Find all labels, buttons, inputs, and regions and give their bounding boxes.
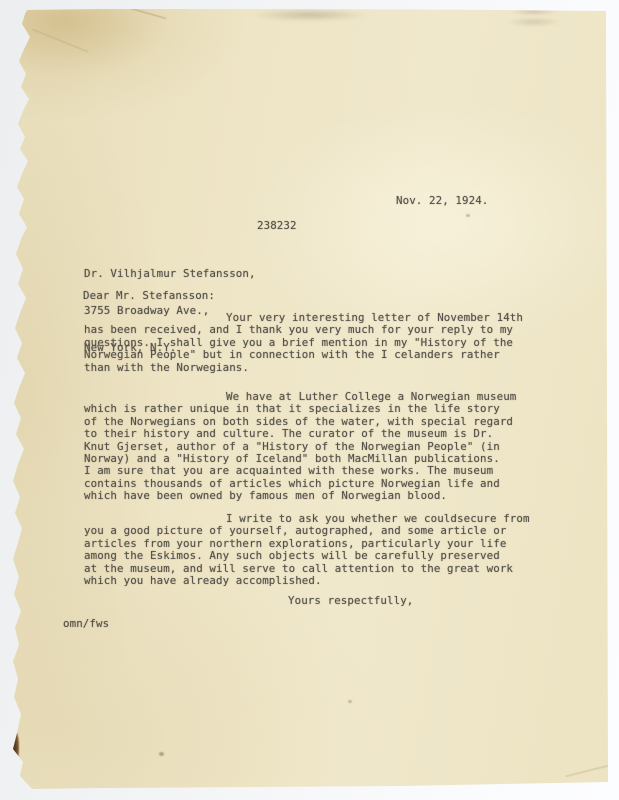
letter-date: Nov. 22, 1924.: [396, 195, 488, 207]
typist-initials: omn/fws: [63, 618, 109, 630]
body-paragraph-2: We have at Luther College a Norwegian mu…: [84, 391, 524, 503]
body-line: than with the Norwegians.: [84, 362, 524, 374]
body-line: to their history and culture. The curato…: [84, 428, 524, 440]
recipient-name: Dr. Vilhjalmur Stefansson,: [84, 268, 256, 280]
body-line: I am sure that you are acquainted with t…: [84, 465, 524, 477]
paper-spot: [348, 700, 352, 703]
paper-spot: [466, 214, 470, 217]
body-paragraph-1: Your very interesting letter of November…: [84, 312, 524, 374]
body-line: has been received, and I thank you very …: [84, 324, 524, 336]
scan-background: Nov. 22, 1924. 238232 Dr. Vilhjalmur Ste…: [0, 0, 619, 800]
paper-ghost-print: [255, 9, 365, 21]
body-line: you a good picture of yourself, autograp…: [84, 525, 524, 537]
paper-stain: [2, 755, 12, 771]
paper-spot: [159, 752, 164, 756]
paper-corner-stain: [18, 6, 168, 76]
paper-stain: [4, 729, 19, 771]
body-line: which is rather unique in that it specia…: [84, 403, 524, 415]
closing: Yours respectfully,: [288, 595, 413, 607]
salutation: Dear Mr. Stefansson:: [83, 290, 215, 302]
paper-crease: [566, 764, 613, 777]
letter-paper: Nov. 22, 1924. 238232 Dr. Vilhjalmur Ste…: [0, 0, 619, 800]
file-number: 238232: [257, 220, 297, 232]
body-line: which you have already accomplished.: [84, 575, 524, 587]
paper-faded-stamp: [498, 5, 570, 31]
body-line: among the Eskimos. Any such objects will…: [84, 550, 524, 562]
body-paragraph-3: I write to ask you whether we couldsecur…: [84, 513, 524, 587]
body-line: which have been owned by famous men of N…: [84, 490, 524, 502]
body-line: Norwegian People" but in connection with…: [84, 349, 524, 361]
